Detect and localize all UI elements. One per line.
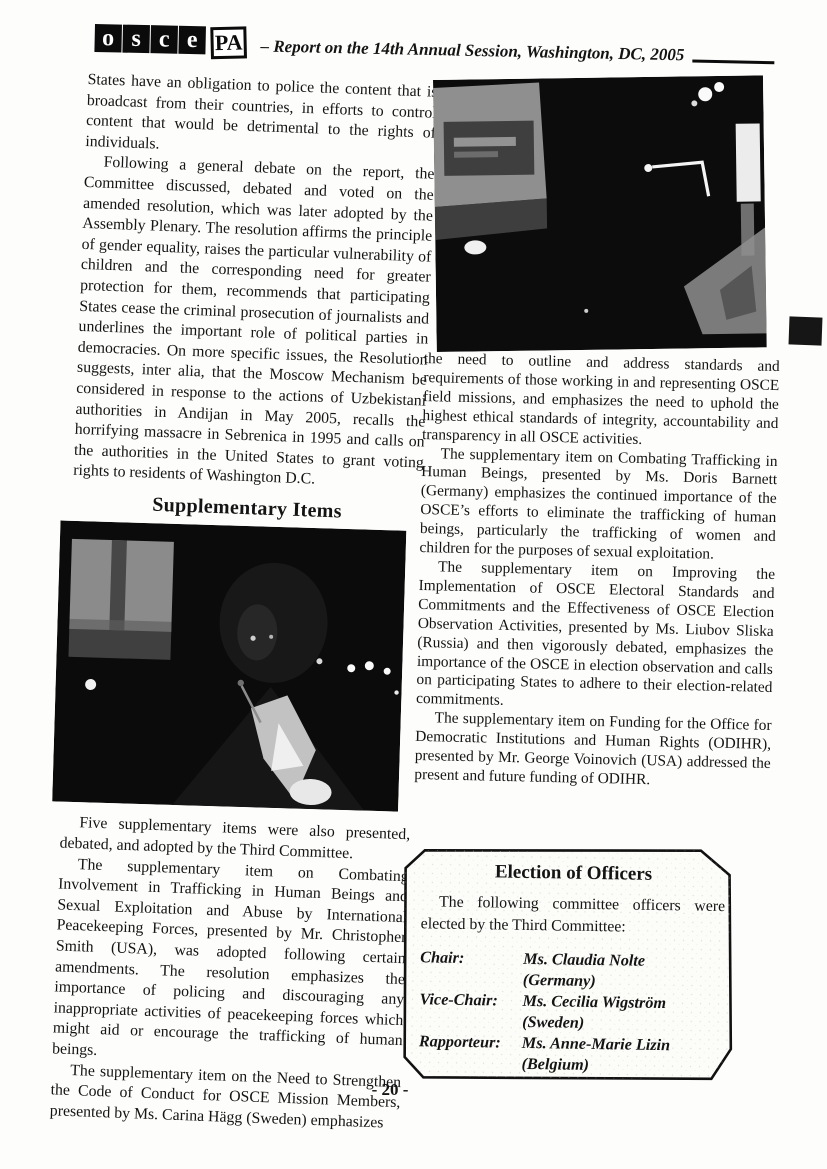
officer-value: Ms. Cecilia Wigström (Sweden): [522, 991, 666, 1035]
officer-role: Chair:: [420, 947, 524, 991]
election-box-content: Election of Officers The following commi…: [400, 844, 740, 1078]
officer-country: (Germany): [523, 970, 645, 993]
election-of-officers-box: Election of Officers The following commi…: [400, 844, 740, 1085]
officer-name: Ms. Claudia Nolte: [523, 949, 645, 972]
supplementary-items-heading: Supplementary Items: [72, 492, 423, 525]
left-column: States have an obligation to police the …: [49, 70, 437, 1134]
logo-pa-badge: PA: [210, 26, 247, 59]
officer-country: (Belgium): [521, 1054, 670, 1077]
officer-value: Ms. Claudia Nolte (Germany): [523, 949, 646, 993]
officer-role: Vice-Chair:: [419, 989, 523, 1033]
right-column: the need to outline and address standard…: [414, 350, 780, 793]
officer-role: Rapporteur:: [418, 1031, 522, 1075]
speaker-photo: [52, 521, 406, 812]
officer-country: (Sweden): [522, 1012, 666, 1035]
logo-letter-s: s: [122, 25, 150, 54]
officer-value: Ms. Anne-Marie Lizin (Belgium): [521, 1033, 670, 1077]
officer-row-vice-chair: Vice-Chair: Ms. Cecilia Wigström (Sweden…: [419, 989, 724, 1036]
officer-name: Ms. Cecilia Wigström: [522, 991, 666, 1014]
paragraph: The supplementary item on Improving the …: [416, 558, 775, 717]
report-title: – Report on the 14th Annual Session, Was…: [260, 27, 684, 65]
scan-edge-artifact: [789, 316, 823, 345]
logo-letter-e: e: [178, 26, 206, 55]
osce-pa-logo: o s c e PA: [94, 24, 247, 59]
paragraph: The supplementary item on Combating Traf…: [419, 445, 777, 566]
logo-letter-o: o: [94, 24, 122, 53]
header-title-row: – Report on the 14th Annual Session, Was…: [260, 27, 774, 67]
page-number: - 20 -: [340, 1080, 440, 1100]
header-rule: [692, 60, 774, 65]
paragraph: States have an obligation to police the …: [85, 70, 438, 165]
logo-letter-c: c: [150, 25, 178, 54]
paragraph: Following a general debate on the report…: [73, 152, 435, 494]
officer-row-chair: Chair: Ms. Claudia Nolte (Germany): [420, 947, 725, 994]
conference-room-photo: [433, 75, 767, 352]
election-box-title: Election of Officers: [421, 860, 725, 887]
paragraph: The supplementary item on Combating Invo…: [52, 854, 409, 1073]
page-header: o s c e PA – Report on the 14th Annual S…: [94, 24, 775, 70]
officer-name: Ms. Anne-Marie Lizin: [522, 1033, 671, 1056]
paragraph: the need to outline and address standard…: [422, 350, 780, 453]
paragraph: The supplementary item on Funding for th…: [414, 709, 772, 793]
officers-list: Chair: Ms. Claudia Nolte (Germany) Vice-…: [418, 947, 724, 1078]
document-page: o s c e PA – Report on the 14th Annual S…: [0, 0, 827, 1169]
election-box-intro: The following committee officers were el…: [421, 891, 726, 939]
officer-row-rapporteur: Rapporteur: Ms. Anne-Marie Lizin (Belgiu…: [418, 1031, 723, 1078]
